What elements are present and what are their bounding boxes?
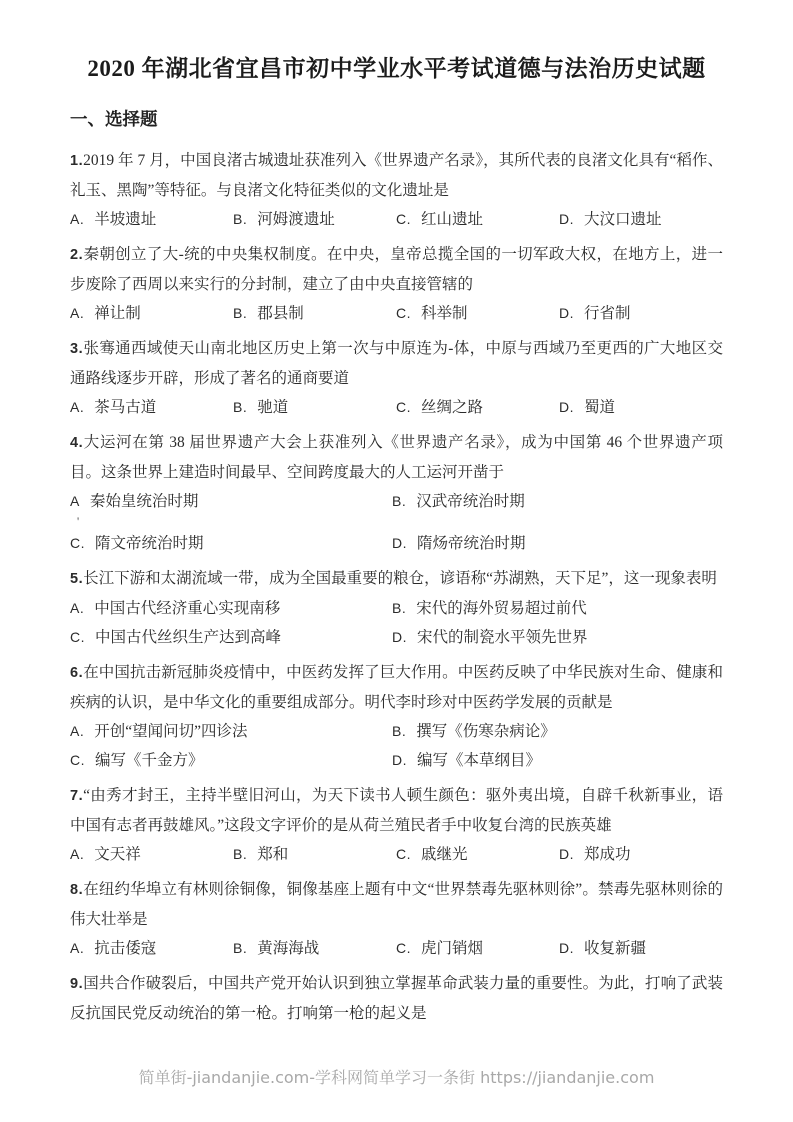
- option-label: B.: [392, 600, 406, 616]
- option-text: 茶马古道: [94, 399, 156, 416]
- question-text: 6.在中国抗击新冠肺炎疫情中，中医药发挥了巨大作用。中医药反映了中华民族对生命、…: [70, 658, 723, 717]
- option: D.蜀道: [559, 393, 723, 422]
- question-number: 4.: [70, 435, 83, 451]
- option-text: 抗击倭寇: [94, 940, 156, 957]
- option: B.河姆渡遗址: [233, 205, 396, 234]
- option-label: B.: [233, 211, 247, 227]
- question-text: 4.大运河在第 38 届世界遗产大会上获准列入《世界遗产名录》，成为中国第 46…: [70, 428, 723, 487]
- option-text: 中国古代经济重心实现南移: [94, 600, 280, 617]
- option-text: 半坡遗址: [94, 211, 156, 228]
- question-body-text: “由秀才封王，主持半壁旧河山，为天下读书人顿生颜色：驱外夷出境，自辟千秋新事业，…: [70, 787, 723, 834]
- question: 3.张骞通西域使天山南北地区历史上第一次与中原连为-体，中原与西域乃至更西的广大…: [70, 334, 723, 422]
- option-text: 行省制: [584, 305, 631, 322]
- question-body-text: 张骞通西域使天山南北地区历史上第一次与中原连为-体，中原与西域乃至更西的广大地区…: [70, 340, 723, 387]
- option-label: A.: [70, 846, 84, 862]
- option-label: A.: [70, 600, 84, 616]
- option-text: 秦始皇统治时期: [90, 493, 199, 510]
- question: 4.大运河在第 38 届世界遗产大会上获准列入《世界遗产名录》，成为中国第 46…: [70, 428, 723, 558]
- question: 1.2019 年 7 月，中国良渚古城遗址获准列入《世界遗产名录》，其所代表的良…: [70, 146, 723, 234]
- options-row: C.隋文帝统治时期D.隋炀帝统治时期: [70, 529, 723, 558]
- option: D.隋炀帝统治时期: [392, 529, 723, 558]
- option-label: A.: [70, 399, 84, 415]
- option-text: 中国古代丝织生产达到高峰: [95, 629, 281, 646]
- option-text: 隋文帝统治时期: [95, 535, 204, 552]
- question-text: 5.长江下游和太湖流域一带，成为全国最重要的粮仓，谚语称“苏湖熟，天下足”，这一…: [70, 564, 723, 594]
- options-row: A.茶马古道B.驰道C.丝绸之路D.蜀道: [70, 393, 723, 422]
- question: 6.在中国抗击新冠肺炎疫情中，中医药发挥了巨大作用。中医药反映了中华民族对生命、…: [70, 658, 723, 775]
- option: C.丝绸之路: [396, 393, 559, 422]
- option: D.行省制: [559, 299, 723, 328]
- question-number: 7.: [70, 788, 83, 804]
- question-body-text: 大运河在第 38 届世界遗产大会上获准列入《世界遗产名录》，成为中国第 46 个…: [70, 434, 723, 481]
- options-row: A.半坡遗址B.河姆渡遗址C.红山遗址D.大汶口遗址: [70, 205, 723, 234]
- question-body-text: 在纽约华埠立有林则徐铜像，铜像基座上题有中文“世界禁毒先驱林则徐”。禁毒先驱林则…: [70, 881, 723, 928]
- option-text: 红山遗址: [421, 211, 483, 228]
- option: B.汉武帝统治时期: [392, 487, 723, 516]
- option: C.戚继光: [396, 840, 559, 869]
- question: 8.在纽约华埠立有林则徐铜像，铜像基座上题有中文“世界禁毒先驱林则徐”。禁毒先驱…: [70, 875, 723, 963]
- option-text: 编写《千金方》: [95, 752, 204, 769]
- document-page: 2020 年湖北省宜昌市初中学业水平考试道德与法治历史试题 一、选择题 1.20…: [0, 0, 793, 1122]
- question-body-text: 国共合作破裂后，中国共产党开始认识到独立掌握革命武装力量的重要性。为此，打响了武…: [70, 975, 723, 1022]
- footer-watermark: 简单街-jiandanjie.com-学科网简单学习一条街 https://ji…: [0, 1066, 793, 1090]
- option: A.开创“望闻问切”四诊法: [70, 717, 392, 746]
- option: C.科举制: [396, 299, 559, 328]
- question-number: 9.: [70, 976, 83, 992]
- option-text: 隋炀帝统治时期: [417, 535, 526, 552]
- option-label: C.: [70, 535, 85, 551]
- option-text: 丝绸之路: [421, 399, 483, 416]
- option-label: D.: [559, 399, 574, 415]
- question: 7.“由秀才封王，主持半壁旧河山，为天下读书人顿生颜色：驱外夷出境，自辟千秋新事…: [70, 781, 723, 869]
- option-text: 虎门销烟: [421, 940, 483, 957]
- options-row: A.禅让制B.郡县制C.科举制D.行省制: [70, 299, 723, 328]
- option-label: C.: [396, 305, 411, 321]
- question-body-text: 在中国抗击新冠肺炎疫情中，中医药发挥了巨大作用。中医药反映了中华民族对生命、健康…: [70, 664, 723, 711]
- option-label: A.: [70, 211, 84, 227]
- option-label: D.: [559, 211, 574, 227]
- options-row: A.开创“望闻问切”四诊法B.撰写《伤寒杂病论》C.编写《千金方》D.编写《本草…: [70, 717, 723, 775]
- option: D.编写《本草纲目》: [392, 746, 723, 775]
- question-list: 1.2019 年 7 月，中国良渚古城遗址获准列入《世界遗产名录》，其所代表的良…: [70, 146, 723, 1028]
- option-label: A.: [70, 723, 84, 739]
- option: A.中国古代经济重心实现南移: [70, 594, 392, 623]
- question: 5.长江下游和太湖流域一带，成为全国最重要的粮仓，谚语称“苏湖熟，天下足”，这一…: [70, 564, 723, 652]
- option-label: C.: [396, 399, 411, 415]
- option-label: D.: [559, 305, 574, 321]
- option-label: C.: [396, 211, 411, 227]
- question: 9.国共合作破裂后，中国共产党开始认识到独立掌握革命武装力量的重要性。为此，打响…: [70, 969, 723, 1028]
- question-text: 3.张骞通西域使天山南北地区历史上第一次与中原连为-体，中原与西域乃至更西的广大…: [70, 334, 723, 393]
- question-number: 8.: [70, 882, 83, 898]
- option-text: 黄海海战: [257, 940, 319, 957]
- option-label: A: [70, 493, 80, 509]
- option-text: 戚继光: [421, 846, 468, 863]
- option: B.宋代的海外贸易超过前代: [392, 594, 723, 623]
- option: A.禅让制: [70, 299, 233, 328]
- option-label: D.: [392, 629, 407, 645]
- question-number: 5.: [70, 571, 83, 587]
- option: C.中国古代丝织生产达到高峰: [70, 623, 392, 652]
- option-label: B.: [392, 493, 406, 509]
- option-label: A.: [70, 305, 84, 321]
- option: C.隋文帝统治时期: [70, 529, 392, 558]
- stray-mark: ': [70, 516, 723, 529]
- option-label: D.: [559, 940, 574, 956]
- option-text: 收复新疆: [584, 940, 646, 957]
- question-text: 2.秦朝创立了大-统的中央集权制度。在中央，皇帝总揽全国的一切军政大权，在地方上…: [70, 240, 723, 299]
- option-text: 宋代的制瓷水平领先世界: [417, 629, 588, 646]
- option-text: 禅让制: [94, 305, 141, 322]
- option: B.撰写《伤寒杂病论》: [392, 717, 723, 746]
- option-label: B.: [233, 399, 247, 415]
- option-text: 文天祥: [94, 846, 141, 863]
- question-body-text: 长江下游和太湖流域一带，成为全国最重要的粮仓，谚语称“苏湖熟，天下足”，这一现象…: [83, 570, 717, 587]
- option: D.收复新疆: [559, 934, 723, 963]
- options-row: A.中国古代经济重心实现南移B.宋代的海外贸易超过前代C.中国古代丝织生产达到高…: [70, 594, 723, 652]
- option-text: 郡县制: [257, 305, 304, 322]
- option-label: C.: [396, 940, 411, 956]
- question-body-text: 2019 年 7 月，中国良渚古城遗址获准列入《世界遗产名录》，其所代表的良渚文…: [70, 152, 723, 199]
- option-label: B.: [233, 305, 247, 321]
- question-number: 1.: [70, 153, 83, 169]
- question-text: 7.“由秀才封王，主持半壁旧河山，为天下读书人顿生颜色：驱外夷出境，自辟千秋新事…: [70, 781, 723, 840]
- option: C.虎门销烟: [396, 934, 559, 963]
- question-number: 2.: [70, 247, 83, 263]
- question-number: 3.: [70, 341, 83, 357]
- question-body-text: 秦朝创立了大-统的中央集权制度。在中央，皇帝总揽全国的一切军政大权，在地方上，进…: [70, 246, 723, 293]
- option-label: D.: [392, 752, 407, 768]
- option: D.宋代的制瓷水平领先世界: [392, 623, 723, 652]
- option-text: 开创“望闻问切”四诊法: [94, 723, 247, 740]
- option: A.文天祥: [70, 840, 233, 869]
- option-text: 科举制: [421, 305, 468, 322]
- options-row: A.文天祥B.郑和C.戚继光D.郑成功: [70, 840, 723, 869]
- option-label: C.: [70, 752, 85, 768]
- option-text: 蜀道: [584, 399, 615, 416]
- question-number: 6.: [70, 665, 83, 681]
- option: A.半坡遗址: [70, 205, 233, 234]
- option: D.郑成功: [559, 840, 723, 869]
- option-text: 宋代的海外贸易超过前代: [416, 600, 587, 617]
- option: B.黄海海战: [233, 934, 396, 963]
- option-label: B.: [233, 940, 247, 956]
- option-label: D.: [559, 846, 574, 862]
- option-label: C.: [70, 629, 85, 645]
- option: A.茶马古道: [70, 393, 233, 422]
- section-heading: 一、选择题: [70, 108, 723, 130]
- option: A.抗击倭寇: [70, 934, 233, 963]
- option: C.编写《千金方》: [70, 746, 392, 775]
- option-text: 撰写《伤寒杂病论》: [416, 723, 556, 740]
- options-row: A秦始皇统治时期B.汉武帝统治时期: [70, 487, 723, 516]
- option: D.大汶口遗址: [559, 205, 723, 234]
- option: B.郑和: [233, 840, 396, 869]
- question-text: 8.在纽约华埠立有林则徐铜像，铜像基座上题有中文“世界禁毒先驱林则徐”。禁毒先驱…: [70, 875, 723, 934]
- question: 2.秦朝创立了大-统的中央集权制度。在中央，皇帝总揽全国的一切军政大权，在地方上…: [70, 240, 723, 328]
- option: B.郡县制: [233, 299, 396, 328]
- question-text: 9.国共合作破裂后，中国共产党开始认识到独立掌握革命武装力量的重要性。为此，打响…: [70, 969, 723, 1028]
- option-label: A.: [70, 940, 84, 956]
- option-text: 郑和: [257, 846, 288, 863]
- question-text: 1.2019 年 7 月，中国良渚古城遗址获准列入《世界遗产名录》，其所代表的良…: [70, 146, 723, 205]
- option-label: D.: [392, 535, 407, 551]
- option: C.红山遗址: [396, 205, 559, 234]
- option-label: B.: [233, 846, 247, 862]
- option-text: 河姆渡遗址: [257, 211, 335, 228]
- document-title: 2020 年湖北省宜昌市初中学业水平考试道德与法治历史试题: [70, 54, 723, 84]
- option-text: 大汶口遗址: [584, 211, 662, 228]
- options-row: A.抗击倭寇B.黄海海战C.虎门销烟D.收复新疆: [70, 934, 723, 963]
- option: B.驰道: [233, 393, 396, 422]
- option-label: C.: [396, 846, 411, 862]
- option-text: 郑成功: [584, 846, 631, 863]
- option-text: 编写《本草纲目》: [417, 752, 541, 769]
- option-text: 驰道: [257, 399, 288, 416]
- option: A秦始皇统治时期: [70, 487, 392, 516]
- option-label: B.: [392, 723, 406, 739]
- option-text: 汉武帝统治时期: [416, 493, 525, 510]
